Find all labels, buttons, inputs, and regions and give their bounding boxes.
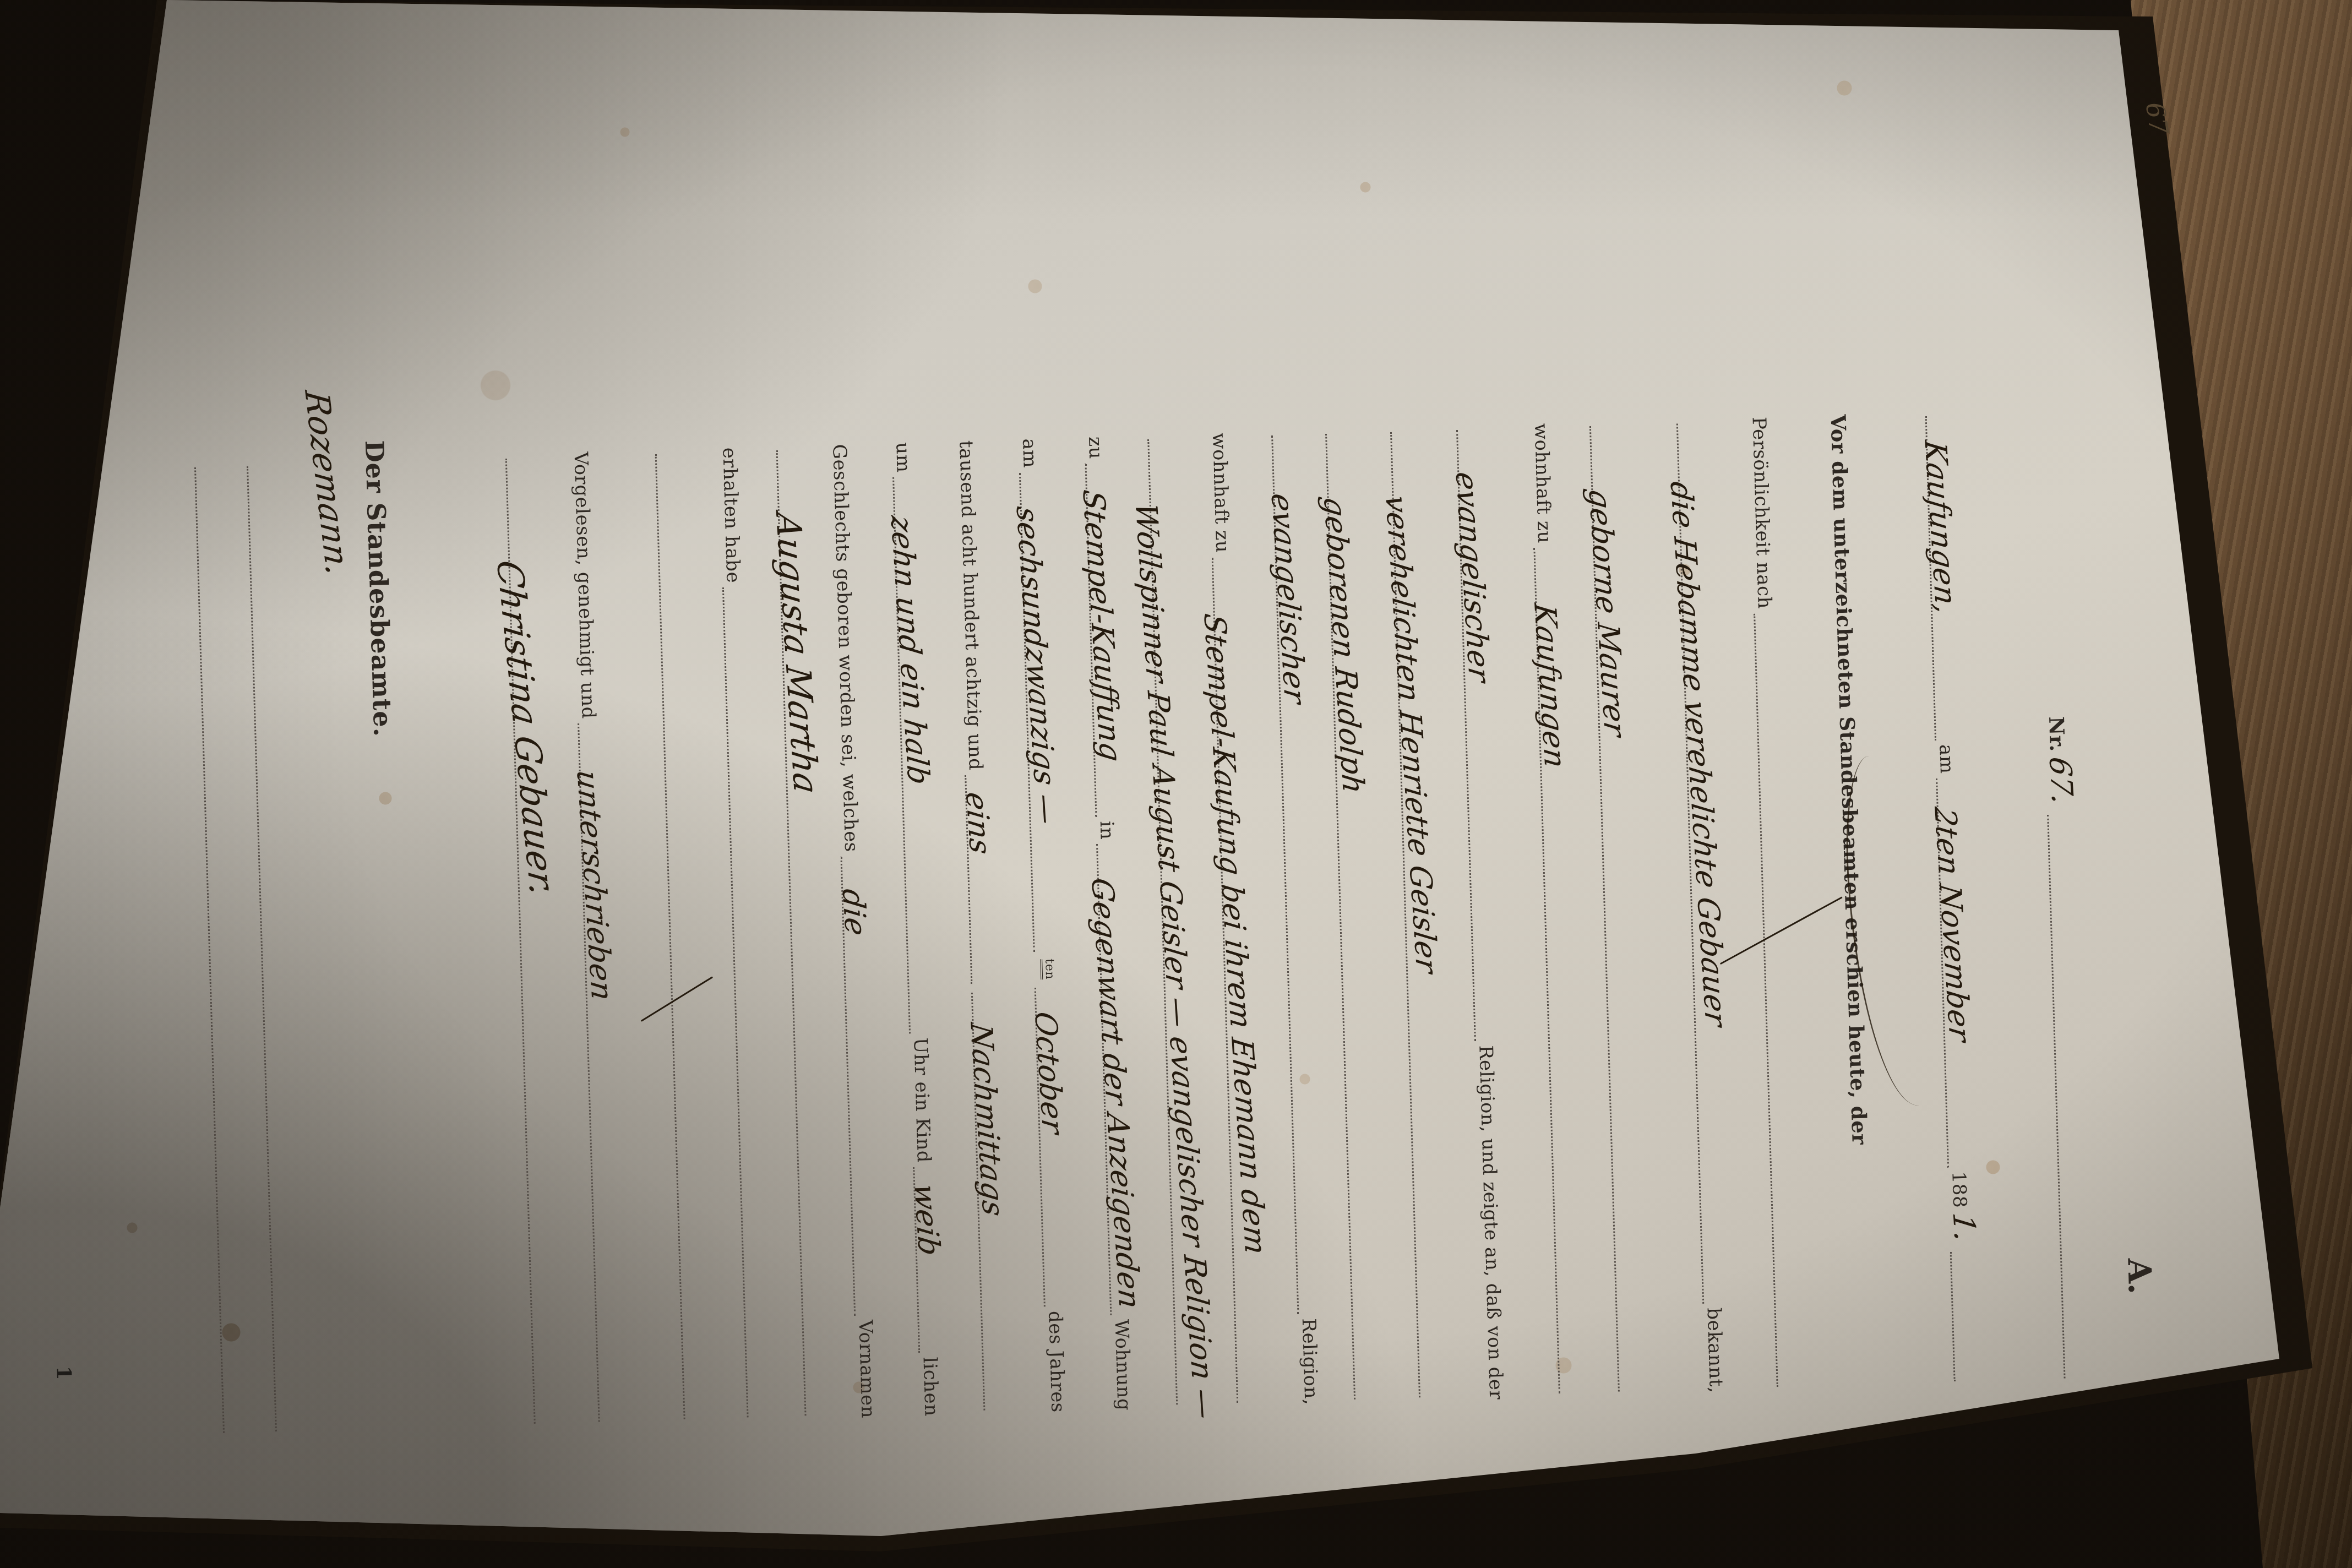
handwritten-entry: sechsundzwanzigs —	[1009, 505, 1065, 826]
handwritten-entry: die Hebamme verehelichte Gebauer	[1663, 480, 1733, 1028]
form-line: geborne Maurer	[1589, 421, 1647, 1396]
form-line: amsechsundzwanzigs —tenOctoberdes Jahres	[1018, 438, 1075, 1413]
printed-text: tausend acht hundert achtzig und	[955, 440, 987, 771]
handwritten-entry: Christina Gebauer.	[488, 559, 563, 898]
dotted-blank	[1950, 1251, 1978, 1382]
printed-text: Religion, und zeigte an, daß von der	[1474, 1045, 1507, 1400]
form-line	[194, 462, 252, 1438]
dotted-blank: Nachmittags	[971, 992, 1007, 1411]
handwritten-entry: weib	[907, 1182, 947, 1257]
form-line: geborenen Rudolph	[1325, 429, 1382, 1404]
dotted-blank: unterschrieben	[578, 723, 622, 1422]
dotted-blank	[194, 467, 247, 1433]
handwritten-entry: evangelischer	[1449, 470, 1497, 683]
printed-text: Religion,	[1298, 1318, 1322, 1406]
handwritten-entry: Kaufungen,	[1918, 439, 1964, 617]
printed-text: wohnhaft zu	[1208, 433, 1233, 553]
printed-text: erhalten habe	[718, 447, 744, 584]
printed-text: zu	[1084, 436, 1107, 459]
handwritten-entry: verehelichten Henriette Geisler	[1379, 494, 1445, 975]
photograph-of-register-page: A. 67 Nr.67.Kaufungen,am2ten November188…	[0, 0, 2352, 1568]
form-line: Vorgelesen, genehmigt undunterschrieben	[569, 451, 627, 1427]
dotted-blank: verehelichten Henriette Geisler	[1390, 432, 1442, 1398]
dotted-blank: die Hebamme verehelichte Gebauer	[1676, 423, 1726, 1304]
form-sheet: A. 67 Nr.67.Kaufungen,am2ten November188…	[0, 0, 2281, 1482]
dotted-blank: die	[840, 856, 878, 1316]
form-line: Persönlichkeit nach	[1748, 416, 1805, 1391]
dotted-blank: zehn und ein halb	[892, 477, 933, 1034]
handwritten-entry: zehn und ein halb	[884, 514, 936, 786]
dotted-blank: Christina Gebauer.	[505, 458, 558, 1424]
handwritten-entry: October	[1028, 1010, 1071, 1136]
handwritten-entry: Stempel-Kaufung bei ihrem Ehemann dem	[1197, 612, 1273, 1256]
dotted-blank: Wollspinner Paul August Geisler — evange…	[1147, 439, 1200, 1405]
printed-text: Uhr ein Kind	[909, 1037, 935, 1163]
printed-text: wohnhaft zu	[1530, 423, 1555, 543]
printed-text: bekannt,	[1702, 1308, 1727, 1393]
handwritten-entry: 1.	[1946, 1211, 1983, 1243]
dotted-blank: evangelischer	[1456, 429, 1498, 1041]
form-line: umzehn und ein halbUhr ein Kindweibliche…	[891, 442, 949, 1417]
handwritten-entry: geborenen Rudolph	[1317, 496, 1371, 796]
form-line: evangelischerReligion,	[1271, 431, 1329, 1406]
form-line: evangelischerReligion, und zeigte an, da…	[1456, 425, 1513, 1400]
printed-text: lichen	[919, 1357, 943, 1417]
dotted-blank: weib	[913, 1167, 942, 1353]
printed-text: Vorgelesen, genehmigt und	[569, 451, 599, 719]
dotted-blank	[2047, 814, 2087, 1379]
form-line: Geschlechts geboren worden sei, welchesd…	[828, 444, 885, 1419]
dotted-blank	[1754, 613, 1800, 1387]
printed-text: Persönlichkeit nach	[1748, 417, 1776, 609]
dotted-blank: Kaufungen,	[1925, 416, 1958, 741]
dotted-blank: October	[1035, 987, 1068, 1307]
handwritten-entry: Nachmittags	[963, 1021, 1011, 1218]
form-line: Kaufungen,am2ten November1881.	[1925, 411, 1982, 1386]
printed-text: um	[891, 442, 914, 473]
form-line: wohnhaft zuStempel-Kaufung bei ihrem Ehe…	[1208, 432, 1265, 1407]
dotted-blank: eins	[965, 775, 994, 984]
printed-text: Nr.	[2044, 716, 2070, 753]
printed-text: Wohnung	[1110, 1319, 1135, 1411]
form-type-letter: A.	[2120, 1257, 2159, 1294]
handwritten-entry: Stempel-Kauffung	[1076, 488, 1128, 764]
printed-text: Vornamen	[854, 1320, 879, 1419]
form-line: die Hebamme verehelichte Gebauerbekannt,	[1676, 418, 1734, 1393]
form-line	[655, 449, 712, 1424]
dotted-blank: geborenen Rudolph	[1325, 433, 1378, 1400]
form-line: Christina Gebauer.	[505, 453, 563, 1428]
dotted-blank: Gegenwart der Anzeigenden	[1096, 843, 1134, 1315]
dotted-blank: sechsundzwanzigs —	[1019, 472, 1057, 951]
form-line: Augusta Martha	[776, 445, 833, 1420]
dotted-blank: geborne Maurer	[1589, 426, 1642, 1392]
dotted-blank: Augusta Martha	[776, 450, 829, 1416]
form-line: wohnhaft zuKaufungen	[1530, 423, 1587, 1398]
handwritten-entry: geborne Maurer	[1582, 488, 1633, 738]
printed-text: am	[1018, 438, 1041, 469]
form-line: verehelichten Henriette Geisler	[1390, 427, 1447, 1402]
printed-text: des Jahres	[1044, 1310, 1069, 1413]
form-line: erhalten habe	[718, 447, 775, 1422]
handwritten-entry: 67.	[2042, 755, 2080, 807]
dotted-blank: Stempel-Kaufung bei ihrem Ehemann dem	[1212, 557, 1261, 1403]
dotted-blank: Kaufungen	[1533, 547, 1582, 1393]
form-line: Wollspinner Paul August Geisler — evange…	[1147, 434, 1205, 1409]
form-line: Nr.67.	[2044, 716, 2093, 1382]
registrar-signature: Rozemann.	[297, 389, 358, 578]
dotted-blank	[247, 465, 299, 1431]
margin-entry-number: 67	[2140, 100, 2174, 137]
registrar-title: Der Standesbeamte.	[360, 440, 398, 737]
dotted-blank	[722, 587, 771, 1417]
handwritten-entry: Kaufungen	[1527, 602, 1573, 770]
handwritten-entry: die	[835, 888, 873, 938]
form-line	[247, 461, 304, 1436]
dotted-blank: evangelischer	[1271, 435, 1321, 1314]
page-number: 1	[52, 1366, 75, 1380]
printed-superscript: ten	[1040, 959, 1057, 979]
printed-text: Geschlechts geboren worden sei, welches	[828, 444, 862, 852]
dotted-blank	[655, 453, 707, 1419]
form-line: tausend acht hundert achtzig undeinsNach…	[955, 440, 1012, 1415]
printed-text: am	[1935, 744, 1958, 774]
printed-text: in	[1096, 821, 1118, 840]
handwritten-entry: Gegenwart der Anzeigenden	[1085, 876, 1147, 1310]
handwritten-entry: eins	[959, 791, 998, 857]
printed-text: 188	[1947, 1171, 1970, 1208]
handwritten-entry: unterschrieben	[570, 769, 620, 1003]
dotted-blank: 2ten November	[1936, 778, 1971, 1167]
handwritten-entry: evangelischer	[1264, 492, 1313, 705]
dotted-blank: Stempel-Kauffung	[1085, 463, 1119, 817]
handwritten-entry: Augusta Martha	[768, 511, 827, 796]
